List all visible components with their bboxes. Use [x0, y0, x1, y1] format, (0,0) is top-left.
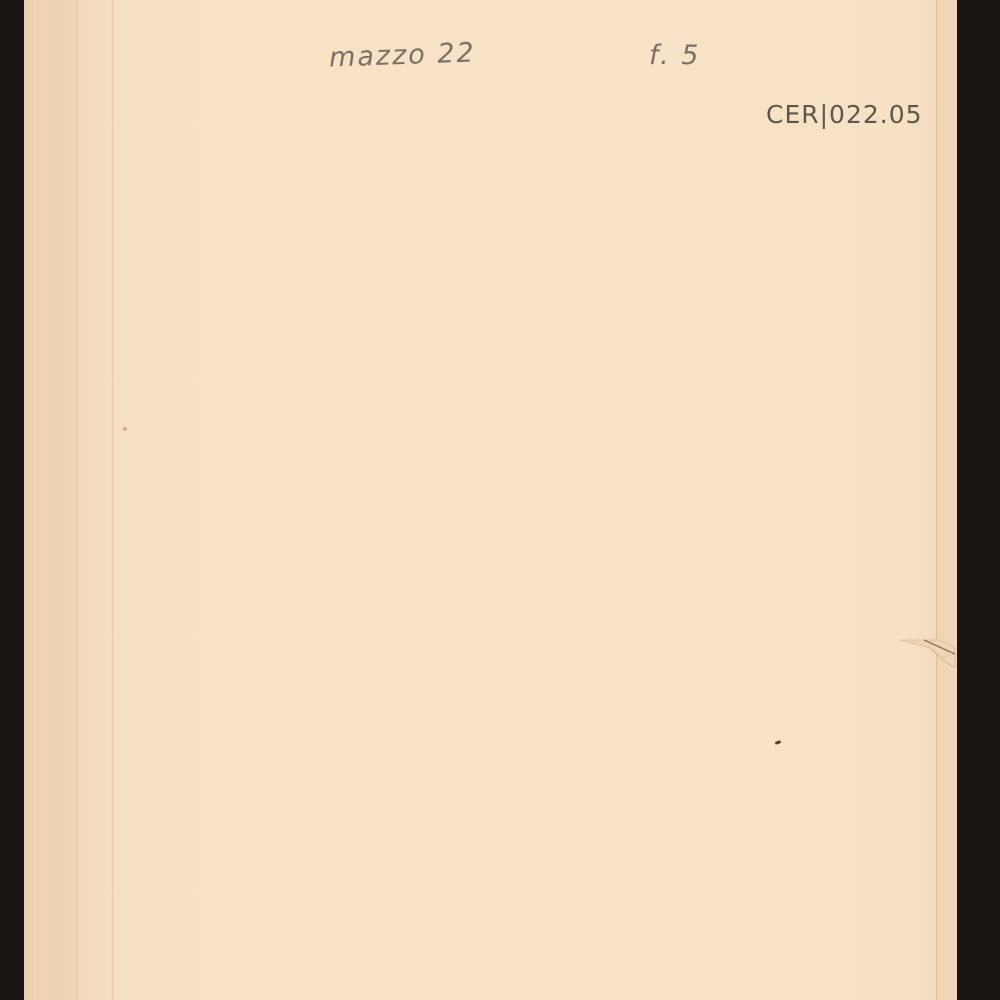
paper-stain [123, 427, 127, 431]
page-crease [38, 0, 39, 1000]
underlying-sheet-edge [936, 0, 957, 1000]
page-crease [112, 0, 113, 1000]
torn-edge-icon [900, 618, 956, 668]
scan-background: mazzo 22 f. 5 CER|022.05 [0, 0, 1000, 1000]
document-page: mazzo 22 f. 5 CER|022.05 [24, 0, 956, 1000]
folder-annotation: mazzo 22 [329, 37, 477, 73]
reference-code-annotation: CER|022.05 [766, 100, 923, 129]
folio-annotation: f. 5 [649, 40, 700, 71]
page-crease [76, 0, 77, 1000]
paper-speck [775, 740, 782, 745]
